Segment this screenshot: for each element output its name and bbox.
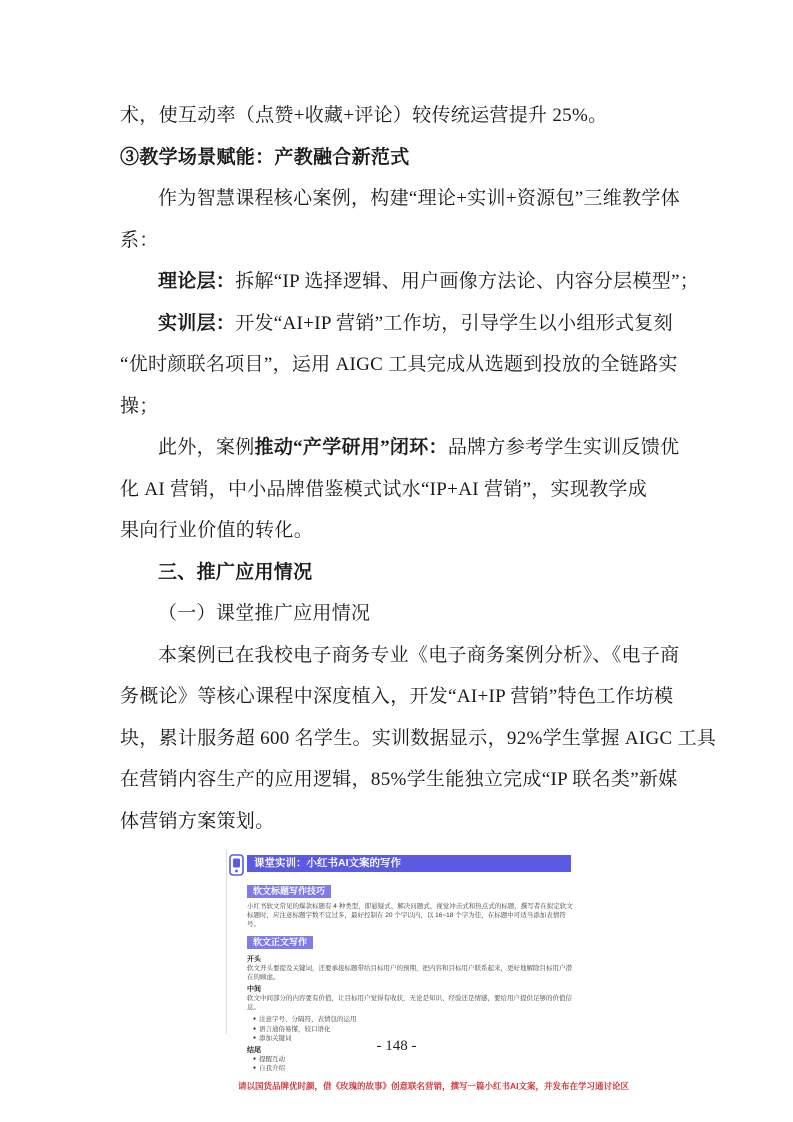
page-number: - 148 - xyxy=(0,1038,793,1055)
card-task: 请以国货品牌优时颜，借《玫瑰的故事》创意联名营销，撰写一篇小红书AI文案，并发布… xyxy=(238,1080,575,1092)
card-chip: 软文标题写作技巧 xyxy=(247,885,331,898)
text-run: 理论层： xyxy=(158,271,235,292)
text-run: 务概论》等核心课程中深度植入，开发“AI+IP 营销”特色工作坊模 xyxy=(120,686,673,707)
bullet-icon: ● xyxy=(253,1065,256,1071)
bullet-icon: ● xyxy=(253,1016,256,1022)
bullet-text: 自我介绍 xyxy=(259,1065,285,1072)
text-run: 在营销内容生产的应用逻辑，85%学生能独立完成“IP 联名类”新媒 xyxy=(120,769,678,790)
card-bullet: ●语言通俗易懂，较口语化 xyxy=(247,1025,575,1035)
document-line: 果向行业价值的转化。 xyxy=(120,510,680,552)
text-run: 开发“AI+IP 营销”工作坊，引导学生以小组形式复刻 xyxy=(235,313,673,334)
card-para: 软文中间部分的内容要有价值，让目标用户觉得有收获，无论是知识、经验还是情感，要给… xyxy=(247,994,575,1012)
text-run: 品牌方参考学生实训反馈优 xyxy=(448,437,680,458)
document-line: 在营销内容生产的应用逻辑，85%学生能独立完成“IP 联名类”新媒 xyxy=(120,759,680,801)
text-run: 拆解“IP 选择逻辑、用户画像方法论、内容分层模型”； xyxy=(235,271,699,292)
text-run: 此外，案例 xyxy=(158,437,255,458)
text-run: 本案例已在我校电子商务专业《电子商务案例分析》、《电子商 xyxy=(158,645,679,666)
embedded-screenshot-card: 课堂实训：小红书AI文案的写作 软文标题写作技巧小红书软文常见的爆款标题有 4 … xyxy=(226,850,573,1034)
bullet-icon: ● xyxy=(253,1056,256,1062)
document-line: （一）课堂推广应用情况 xyxy=(120,593,680,635)
card-para: 软文开头要提及关键词，还要承接标题带给目标用户的预期，把内容和目标用户联系起来，… xyxy=(247,964,575,982)
document-line: “优时颜联名项目”，运用 AIGC 工具完成从选题到投放的全链路实 xyxy=(120,344,680,386)
bullet-text: 语言通俗易懂，较口语化 xyxy=(259,1026,331,1033)
card-title-bar: 课堂实训：小红书AI文案的写作 xyxy=(247,855,571,872)
card-bullet: ●注意字号、分隔符、表情包的运用 xyxy=(247,1015,575,1025)
document-line: 作为智慧课程核心案例，构建“理论+实训+资源包”三维教学体 xyxy=(120,178,680,220)
document-page: 术，使互动率（点赞+收藏+评论）较传统运营提升 25%。③教学场景赋能：产教融合… xyxy=(0,0,793,1122)
document-line: 体营销方案策划。 xyxy=(120,801,680,843)
text-run: 化 AI 营销，中小品牌借鉴模式试水“IP+AI 营销”，实现教学成 xyxy=(120,479,647,500)
bullet-text: 注意字号、分隔符、表情包的运用 xyxy=(259,1016,357,1023)
document-line: 化 AI 营销，中小品牌借鉴模式试水“IP+AI 营销”，实现教学成 xyxy=(120,469,680,511)
text-run: 实训层： xyxy=(158,313,235,334)
bullet-text: 提醒互动 xyxy=(259,1056,285,1063)
card-bullet: ●自我介绍 xyxy=(247,1064,575,1074)
document-body: 术，使互动率（点赞+收藏+评论）较传统运营提升 25%。③教学场景赋能：产教融合… xyxy=(120,95,680,842)
bullet-icon: ● xyxy=(253,1026,256,1032)
document-line: 务概论》等核心课程中深度植入，开发“AI+IP 营销”特色工作坊模 xyxy=(120,676,680,718)
text-run: 作为智慧课程核心案例，构建“理论+实训+资源包”三维教学体 xyxy=(158,188,680,209)
text-run: 术，使互动率（点赞+收藏+评论）较传统运营提升 25%。 xyxy=(120,105,607,126)
document-line: 系： xyxy=(120,220,680,262)
card-subhead: 开头 xyxy=(247,955,575,964)
text-run: 系： xyxy=(120,230,159,251)
text-run: “优时颜联名项目”，运用 AIGC 工具完成从选题到投放的全链路实 xyxy=(120,354,678,375)
text-run: 推动“产学研用”闭环： xyxy=(255,437,448,458)
text-run: 块，累计服务超 600 名学生。实训数据显示，92%学生掌握 AIGC 工具 xyxy=(120,728,716,749)
document-line: 此外，案例推动“产学研用”闭环：品牌方参考学生实训反馈优 xyxy=(120,427,680,469)
document-line: 理论层：拆解“IP 选择逻辑、用户画像方法论、内容分层模型”； xyxy=(120,261,680,303)
text-run: ③教学场景赋能：产教融合新范式 xyxy=(120,147,410,168)
document-line: 块，累计服务超 600 名学生。实训数据显示，92%学生掌握 AIGC 工具 xyxy=(120,718,680,760)
document-line: ③教学场景赋能：产教融合新范式 xyxy=(120,137,680,179)
card-subhead: 中间 xyxy=(247,985,575,994)
text-run: 三、推广应用情况 xyxy=(158,562,312,583)
card-para: 小红书软文常见的爆款标题有 4 种类型，即悬疑式、解决问题式、视觉冲击式和热点式… xyxy=(247,902,575,929)
text-run: 操； xyxy=(120,396,159,417)
document-line: 实训层：开发“AI+IP 营销”工作坊，引导学生以小组形式复刻 xyxy=(120,303,680,345)
text-run: 体营销方案策划。 xyxy=(120,811,274,832)
text-run: 果向行业价值的转化。 xyxy=(120,520,313,541)
document-line: 操； xyxy=(120,386,680,428)
document-line: 本案例已在我校电子商务专业《电子商务案例分析》、《电子商 xyxy=(120,635,680,677)
document-line: 三、推广应用情况 xyxy=(120,552,680,594)
card-content: 软文标题写作技巧小红书软文常见的爆款标题有 4 种类型，即悬疑式、解决问题式、视… xyxy=(247,881,575,1092)
tablet-icon xyxy=(229,854,244,876)
text-run: （一）课堂推广应用情况 xyxy=(158,603,370,624)
card-chip: 软文正文写作 xyxy=(247,936,313,949)
card-bullet: ●提醒互动 xyxy=(247,1055,575,1065)
document-line: 术，使互动率（点赞+收藏+评论）较传统运营提升 25%。 xyxy=(120,95,680,137)
card-title: 课堂实训：小红书AI文案的写作 xyxy=(254,857,401,869)
